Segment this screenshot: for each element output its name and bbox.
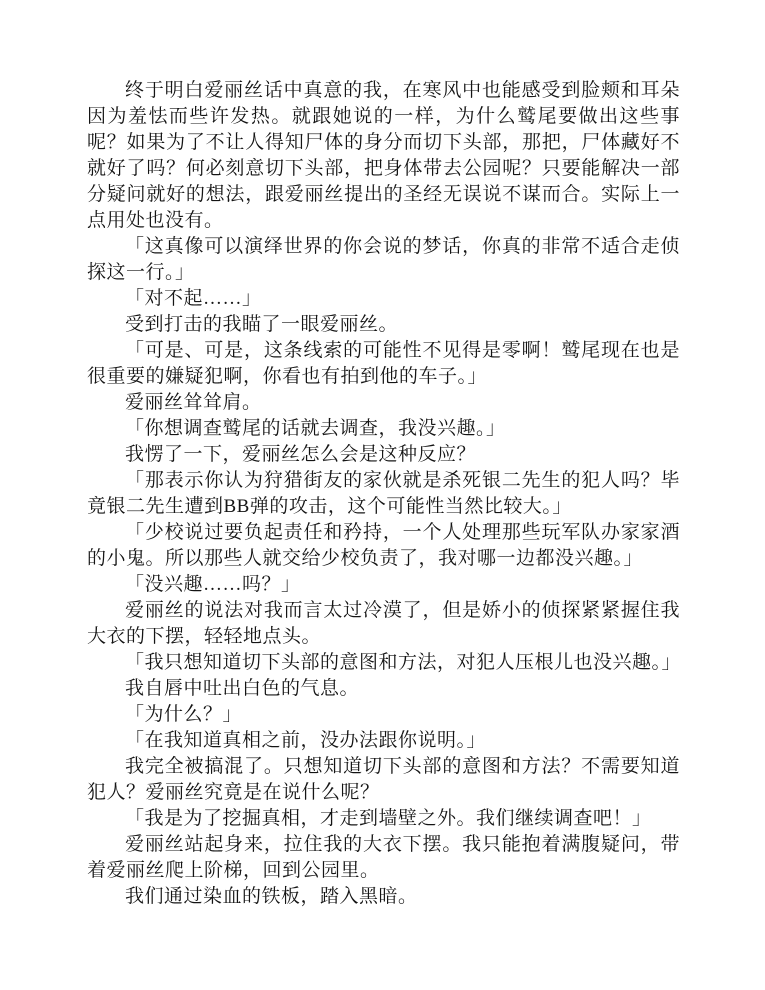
- paragraph-05: 「可是、可是，这条线索的可能性不见得是零啊！鹫尾现在也是很重要的嫌疑犯啊，你看也…: [87, 338, 680, 390]
- paragraph-02: 「这真像可以演绎世界的你会说的梦话，你真的非常不适合走侦探这一行。」: [87, 234, 680, 286]
- document-page: 终于明白爱丽丝话中真意的我，在寒风中也能感受到脸颊和耳朵因为羞怯而些许发热。就跟…: [0, 0, 765, 990]
- paragraph-13: 「我只想知道切下头部的意图和方法，对犯人压根儿也没兴趣。」: [87, 650, 680, 676]
- paragraph-08: 我愣了一下，爱丽丝怎么会是这种反应？: [87, 442, 680, 468]
- paragraph-20: 我们通过染血的铁板，踏入黑暗。: [87, 884, 680, 910]
- paragraph-11: 「没兴趣……吗？」: [87, 572, 680, 598]
- paragraph-18: 「我是为了挖掘真相，才走到墙壁之外。我们继续调查吧！」: [87, 806, 680, 832]
- paragraph-10: 「少校说过要负起责任和矜持，一个人处理那些玩军队办家家酒的小鬼。所以那些人就交给…: [87, 520, 680, 572]
- paragraph-09: 「那表示你认为狩猎街友的家伙就是杀死银二先生的犯人吗？毕竟银二先生遭到BB弹的攻…: [87, 468, 680, 520]
- paragraph-15: 「为什么？」: [87, 702, 680, 728]
- paragraph-04: 受到打击的我瞄了一眼爱丽丝。: [87, 312, 680, 338]
- paragraph-17: 我完全被搞混了。只想知道切下头部的意图和方法？不需要知道犯人？爱丽丝究竟是在说什…: [87, 754, 680, 806]
- paragraph-01: 终于明白爱丽丝话中真意的我，在寒风中也能感受到脸颊和耳朵因为羞怯而些许发热。就跟…: [87, 78, 680, 234]
- paragraph-07: 「你想调查鹫尾的话就去调查，我没兴趣。」: [87, 416, 680, 442]
- text-content: 终于明白爱丽丝话中真意的我，在寒风中也能感受到脸颊和耳朵因为羞怯而些许发热。就跟…: [87, 78, 680, 910]
- paragraph-03: 「对不起……」: [87, 286, 680, 312]
- paragraph-16: 「在我知道真相之前，没办法跟你说明。」: [87, 728, 680, 754]
- paragraph-14: 我自唇中吐出白色的气息。: [87, 676, 680, 702]
- paragraph-19: 爱丽丝站起身来，拉住我的大衣下摆。我只能抱着满腹疑问，带着爱丽丝爬上阶梯，回到公…: [87, 832, 680, 884]
- paragraph-06: 爱丽丝耸耸肩。: [87, 390, 680, 416]
- paragraph-12: 爱丽丝的说法对我而言太过冷漠了，但是娇小的侦探紧紧握住我大衣的下摆，轻轻地点头。: [87, 598, 680, 650]
